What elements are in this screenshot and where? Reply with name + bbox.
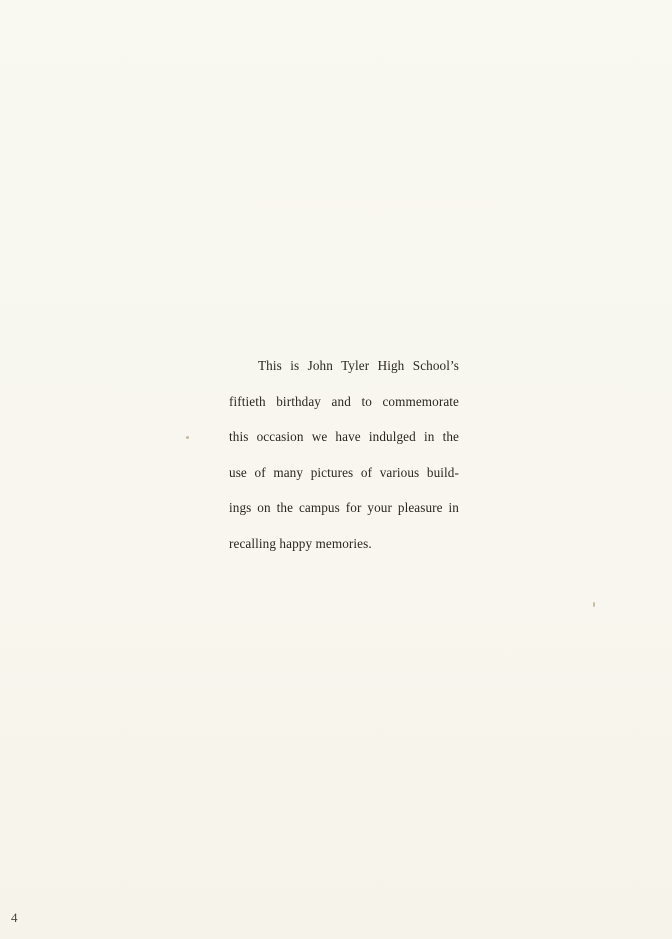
paragraph-line: this occasion we have indulged in the xyxy=(229,423,459,459)
paragraph-line: recalling happy memories. xyxy=(229,530,459,566)
paragraph-line: fiftieth birthday and to commemorate xyxy=(229,388,459,424)
commemoration-paragraph: This is John Tyler High School’s fiftiet… xyxy=(229,352,459,565)
paragraph-line: ings on the campus for your pleasure in xyxy=(229,494,459,530)
paragraph-line: use of many pictures of various build- xyxy=(229,459,459,495)
paper-speck xyxy=(186,436,189,439)
page-number: 4 xyxy=(11,910,18,926)
yearbook-page: This is John Tyler High School’s fiftiet… xyxy=(0,0,672,939)
paragraph-line: This is John Tyler High School’s xyxy=(229,352,459,388)
paper-speck xyxy=(593,602,595,607)
